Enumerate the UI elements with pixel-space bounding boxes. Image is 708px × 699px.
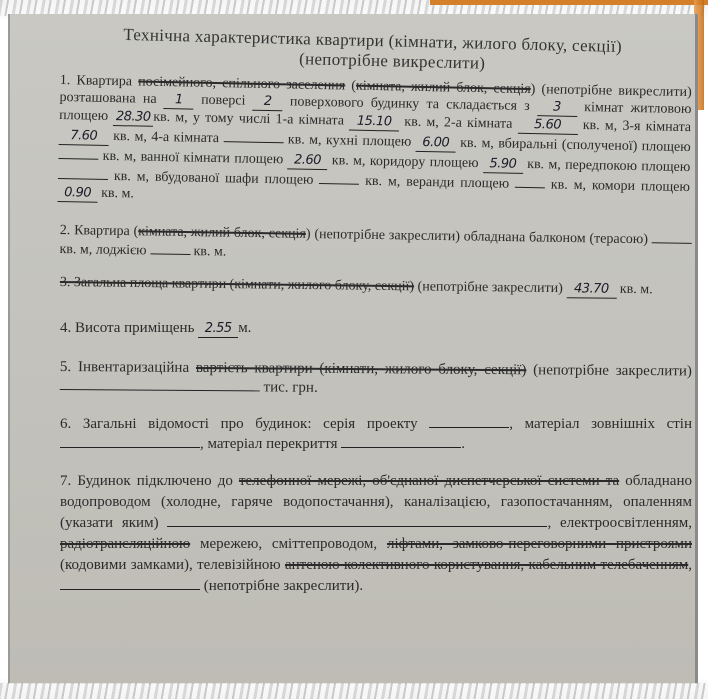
text-fragment: 4. Висота приміщень [60, 320, 198, 336]
loggia-blank [150, 240, 190, 255]
text-fragment: вартість квартири (кімнати, жилого блоку… [196, 360, 527, 378]
text-fragment: радіотрансляційною [60, 536, 190, 552]
text-fragment: 3. Загальна площа квартири (кімнати, жил… [60, 275, 414, 294]
section-7-utilities: 7. Будинок підключено до телефонної мере… [60, 471, 692, 597]
text-fragment: кв. м. [616, 282, 652, 297]
document-page: Технічна характеристика квартири (кімнат… [8, 14, 698, 684]
text-fragment: кв. м, у тому числі 1-а кімната [153, 110, 349, 129]
text-fragment: (непотрібне закреслити). [200, 578, 363, 594]
text-fragment: ) (непотрібне закреслити) обладнана балк… [306, 227, 652, 247]
text-fragment: мережею, сміттепроводом, [190, 536, 387, 552]
text-fragment: кв. м, 3-я кімната [577, 118, 691, 135]
text-fragment: , електроосвітленням, [547, 515, 692, 531]
text-fragment: (непотрібне закреслити) [526, 362, 692, 379]
section-2-balcony: 2. Квартира (кімната, жилий блок, секція… [59, 220, 692, 268]
text-fragment: кв. м, комори площею [545, 177, 690, 195]
text-fragment: ліфтами, замково-переговорними пристроям… [387, 536, 692, 552]
photo-frame: Технічна характеристика квартири (кімнат… [0, 0, 708, 699]
project-series-blank [429, 414, 509, 428]
text-fragment: 5. Інвентаризаційна [60, 359, 196, 376]
text-fragment: кв. м, вбиральні (сполученої) площею [456, 136, 691, 156]
text-fragment: 1. Квартира [60, 73, 139, 90]
text-fragment: поверсі [194, 93, 253, 109]
text-fragment: кв. м, 2-а кімната [399, 115, 518, 132]
text-fragment: кв. м. [98, 186, 135, 202]
text-fragment: , матеріал зовнішніх стін [509, 416, 692, 432]
floor-value: 1 [164, 91, 194, 110]
kitchen-value: 6.00 [416, 134, 456, 153]
text-fragment: кв. м, передпокою площею [523, 157, 691, 175]
section-3-total-area: 3. Загальна площа квартири (кімнати, жил… [60, 274, 692, 300]
torn-edge-bottom [0, 683, 708, 699]
text-fragment: кв. м, вбудованої шафи площею [108, 169, 320, 188]
text-fragment: кв. м, кухні площею [283, 132, 416, 150]
text-fragment: кв. м, веранди площею [359, 174, 515, 192]
floors-total-value: 2 [253, 93, 283, 112]
background-strip [430, 0, 708, 5]
veranda-blank [515, 174, 545, 189]
text-fragment: кімната, жилий блок, секція [356, 79, 531, 97]
room1-value: 15.10 [349, 113, 399, 132]
bathroom-value: 2.60 [287, 151, 327, 170]
text-fragment: тис. грн. [260, 379, 318, 395]
text-fragment: (непотрібне закреслити) [414, 279, 566, 296]
text-fragment: кв. м, 4-а кімната [109, 129, 224, 146]
text-fragment: кв. м, коридору площею [327, 153, 483, 171]
text-fragment: поверхового будинку та складається з [283, 94, 538, 114]
section-6-building-info: 6. Загальні відомості про будинок: серія… [60, 414, 692, 454]
room2-value: 5.60 [517, 116, 577, 135]
toilet-blank [58, 145, 98, 160]
text-fragment: телефонної мережі, об'єднаної диспетчерс… [239, 473, 619, 489]
room4-blank [223, 128, 283, 143]
wall-material-blank [60, 434, 200, 448]
text-fragment: м. [238, 320, 251, 336]
room3-value: 7.60 [59, 127, 109, 146]
section-1-apartment: 1. Квартира посімейного, спільного засел… [58, 72, 692, 214]
total-area-value: 43.70 [566, 280, 616, 299]
wardrobe-blank [319, 170, 359, 185]
text-fragment: кв. м, лоджією [59, 242, 150, 258]
living-area-value: 28.30 [113, 108, 153, 127]
text-fragment: 6. Загальні відомості про будинок: серія… [60, 416, 429, 432]
floor-material-blank [341, 434, 461, 448]
height-value: 2.55 [198, 320, 238, 338]
text-fragment: , матеріал перекриття [200, 436, 341, 452]
document-title: Технічна характеристика квартири (кімнат… [7, 22, 698, 79]
text-fragment: , [688, 557, 692, 573]
corridor-value: 5.90 [483, 155, 523, 174]
text-fragment: 2. Квартира ( [60, 223, 139, 239]
text-fragment: антеною колективного користування, кабел… [285, 557, 688, 573]
text-fragment: кімната, жилий блок, секція [138, 224, 306, 242]
text-fragment: (кодовими замками), телевізійною [60, 557, 285, 573]
other-blank [60, 576, 200, 590]
text-fragment: кв. м, ванної кімнати площею [98, 149, 287, 168]
section-4-height: 4. Висота приміщень 2.55м. [60, 320, 692, 338]
heating-type-blank [167, 513, 547, 527]
balcony-blank [652, 229, 692, 244]
hallway-blank [58, 165, 108, 180]
inventory-value-blank [60, 376, 260, 391]
text-fragment: ( [345, 78, 356, 93]
section-5-inventory-value: 5. Інвентаризаційна вартість квартири (к… [60, 358, 692, 399]
text-fragment: . [461, 436, 465, 452]
storage-value: 0.90 [58, 184, 98, 203]
text-fragment: 7. Будинок підключено до [60, 473, 239, 489]
text-fragment: кв. м. [190, 244, 227, 260]
rooms-value: 3 [537, 98, 577, 117]
